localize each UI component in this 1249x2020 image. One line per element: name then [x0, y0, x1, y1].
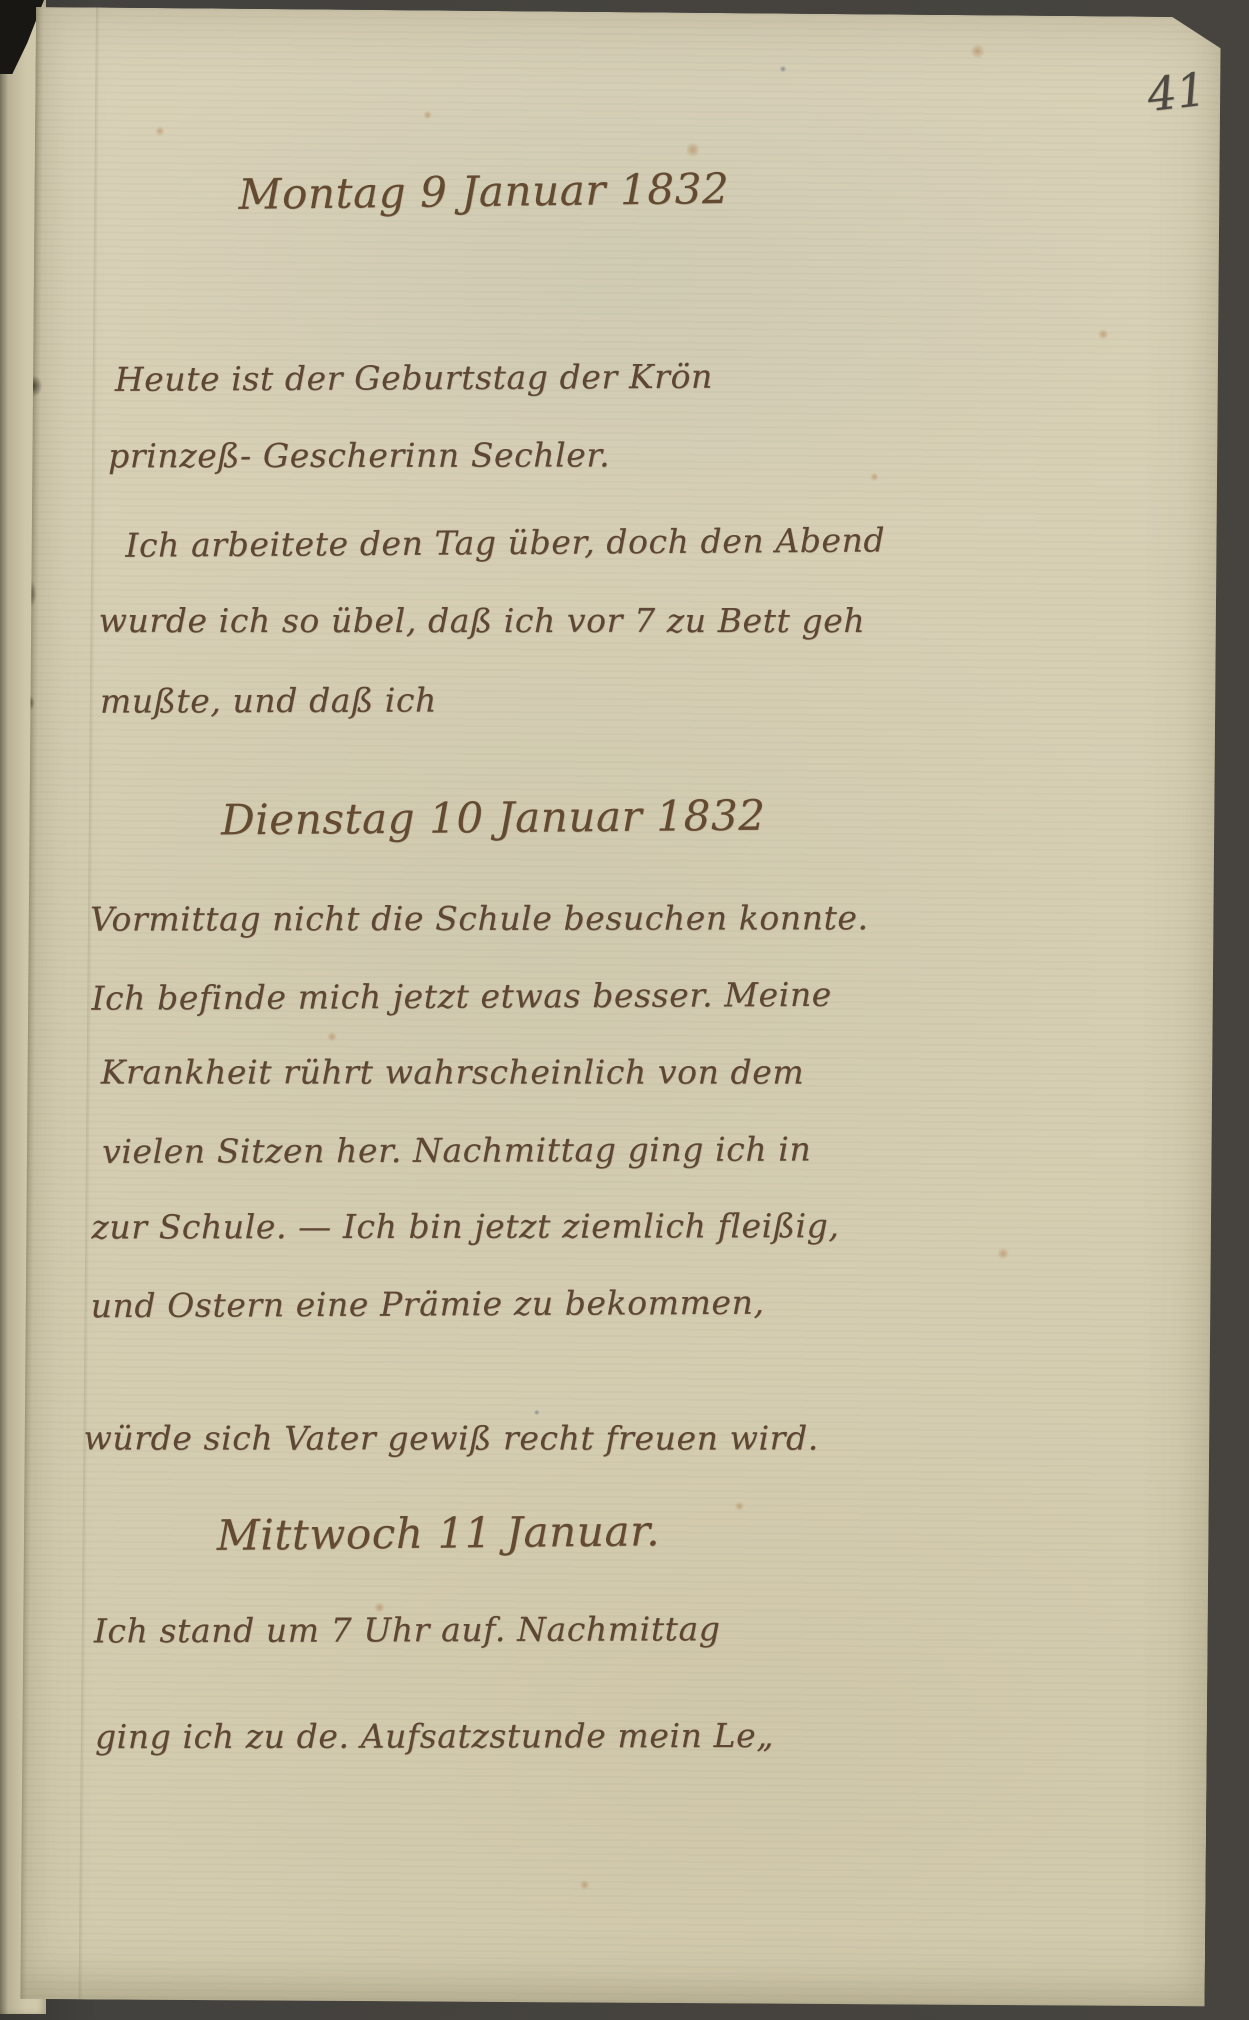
foxing-spot	[155, 126, 165, 136]
foxing-spot	[735, 1501, 744, 1511]
foxing-spot	[687, 141, 699, 159]
foxing-spot	[1098, 328, 1108, 340]
foxing-spot	[971, 43, 985, 59]
handwritten-line: Vormittag nicht die Schule besuchen konn…	[90, 898, 869, 938]
foxing-spot	[423, 110, 432, 119]
handwritten-line: ging ich zu de. Aufsatzstunde mein Le„	[95, 1716, 774, 1756]
ink-speck	[534, 1409, 540, 1415]
handwritten-line: Ich stand um 7 Uhr auf. Nachmittag	[94, 1609, 721, 1650]
foxing-spot	[870, 472, 879, 481]
handwritten-line: und Ostern eine Prämie zu bekommen,	[91, 1283, 765, 1326]
handwritten-line: wurde ich so übel, daß ich vor 7 zu Bett…	[99, 601, 866, 640]
photographed-backdrop: 41 Montag 9 Januar 1832 Heute ist der Ge…	[0, 0, 1249, 2020]
entry-date-heading: Mittwoch 11 Januar.	[216, 1506, 660, 1560]
handwritten-line: Ich arbeitete den Tag über, doch den Abe…	[125, 520, 885, 564]
handwritten-line: prinzeß- Gescherinn Sechler.	[108, 435, 610, 475]
foxing-spot	[580, 1880, 590, 1890]
handwritten-line: Krankheit rührt wahrscheinlich von dem	[101, 1053, 805, 1092]
handwritten-line: Ich befinde mich jetzt etwas besser. Mei…	[91, 975, 832, 1018]
ink-speck	[779, 65, 786, 72]
handwritten-line: würde sich Vater gewiß recht freuen wird…	[84, 1419, 819, 1458]
handwritten-line: zur Schule. — Ich bin jetzt ziemlich fle…	[91, 1206, 839, 1246]
foxing-spot	[997, 1247, 1009, 1259]
handwritten-line: Heute ist der Geburtstag der Krön	[115, 357, 713, 399]
foxing-spot	[327, 1032, 337, 1042]
page-number: 41	[1144, 62, 1208, 122]
handwritten-line: mußte, und daß ich	[100, 680, 437, 720]
entry-date-heading: Dienstag 10 Januar 1832	[221, 791, 766, 845]
handwritten-line: vielen Sitzen her. Nachmittag ging ich i…	[102, 1129, 811, 1170]
manuscript-page: 41 Montag 9 Januar 1832 Heute ist der Ge…	[19, 7, 1222, 2009]
entry-date-heading: Montag 9 Januar 1832	[238, 164, 729, 219]
